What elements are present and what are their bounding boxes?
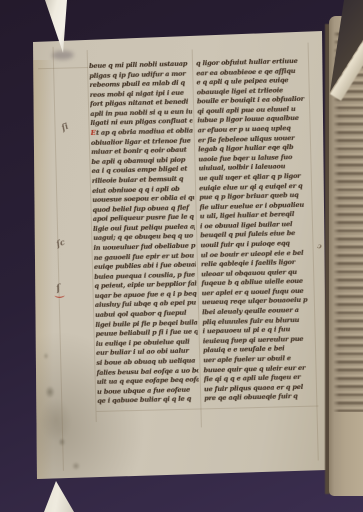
bottom-pointer-marker: [44, 481, 74, 512]
margin-mark-red-underline: [55, 293, 65, 298]
ruling-line-vertical: [53, 47, 64, 471]
photo-stage: beue q mi pili nobli ustauappligas q ip …: [0, 0, 363, 512]
ruling-line-horizontal: [38, 67, 88, 69]
margin-mark: ſc: [55, 237, 66, 249]
facing-page: [322, 0, 363, 512]
manuscript-text-line: qe i qabuoe buliar qi q le q: [97, 395, 199, 407]
manuscript-page: beue q mi pili nobli ustauappligas q ip …: [0, 0, 363, 512]
text-column-left: beue q mi pili nobli ustauappligas q ip …: [89, 60, 199, 407]
margin-mark: ſi: [60, 121, 70, 133]
text-column-right: q ligor obfuiut huliar ertiuueear ea obu…: [196, 57, 314, 404]
rubric-initial: E: [91, 129, 96, 137]
ruling-line-horizontal: [96, 406, 318, 412]
page-content: beue q mi pili nobli ustauappligas q ip …: [0, 0, 363, 512]
manuscript-text-line: pre qe aqli obuueqie fuir q: [204, 392, 314, 404]
